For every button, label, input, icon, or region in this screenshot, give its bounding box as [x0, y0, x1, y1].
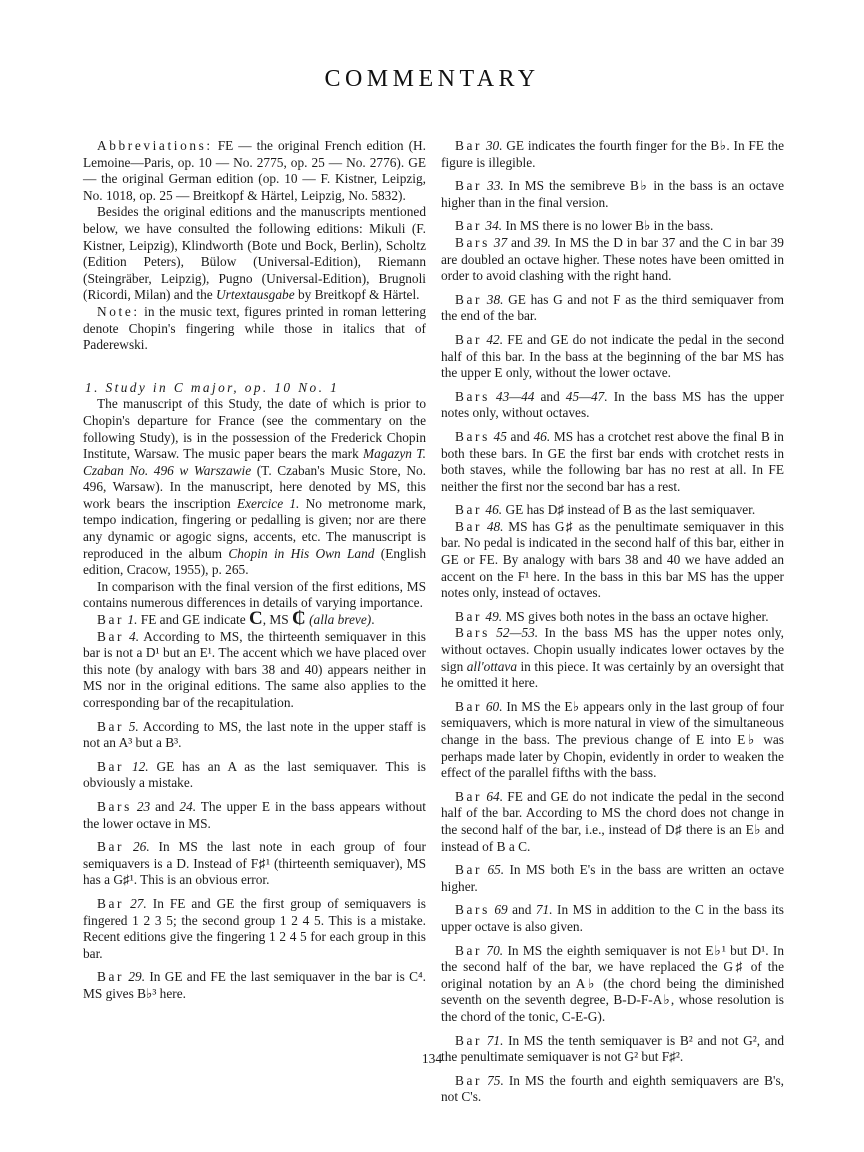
- bar-number: 38.: [487, 292, 504, 307]
- bar-number: 5.: [129, 719, 139, 734]
- ms-italic: Chopin in His Own Land: [228, 546, 374, 561]
- bar-label: Bar: [455, 138, 482, 153]
- abbreviations-paragraph: Abbreviations: FE — the original French …: [83, 138, 426, 204]
- bar-text: and: [507, 235, 534, 250]
- bar-number: 49.: [485, 609, 502, 624]
- bar-30-note: Bar 30. GE indicates the fourth finger f…: [441, 138, 784, 171]
- bar-label: Bar: [97, 839, 124, 854]
- bar-label: Bar: [97, 612, 124, 627]
- bar-number: 23: [137, 799, 150, 814]
- bar-number: 1.: [127, 612, 137, 627]
- bar-number: 27.: [130, 896, 147, 911]
- bar-number: 43—44: [496, 389, 535, 404]
- bar-label: Bar: [455, 699, 482, 714]
- bars-23-24-note: Bars 23 and 24. The upper E in the bass …: [83, 799, 426, 832]
- bar-number: 26.: [133, 839, 150, 854]
- bar-70-note: Bar 70. In MS the eighth semiquaver is n…: [441, 943, 784, 1026]
- bar-number: 34.: [485, 218, 502, 233]
- common-time-symbol: C: [249, 608, 263, 629]
- bar-text: In MS there is no lower B♭ in the bass.: [502, 218, 713, 233]
- right-column: Bar 30. GE indicates the fourth finger f…: [441, 138, 784, 1106]
- bars-52-53-note: Bars 52—53. In the bass MS has the upper…: [441, 625, 784, 691]
- bar-38-note: Bar 38. GE has G and not F as the third …: [441, 292, 784, 325]
- page-number: 134: [0, 1051, 864, 1067]
- bar-text: GE has D♯ instead of B as the last semiq…: [502, 502, 755, 517]
- editions-paragraph: Besides the original editions and the ma…: [83, 204, 426, 304]
- bar-label: Bars: [455, 235, 490, 250]
- page-title: COMMENTARY: [0, 66, 864, 93]
- bar-text: and: [508, 902, 536, 917]
- bar-label: Bar: [455, 292, 482, 307]
- bar-label: Bars: [455, 429, 490, 444]
- bar-number: 52—53.: [496, 625, 538, 640]
- manuscript-paragraph: The manuscript of this Study, the date o…: [83, 396, 426, 579]
- bar-29-note: Bar 29. In GE and FE the last semiquaver…: [83, 969, 426, 1002]
- note-paragraph: Note: in the music text, figures printed…: [83, 304, 426, 354]
- bar-60-note: Bar 60. In MS the E♭ appears only in the…: [441, 699, 784, 782]
- bar-number: 65.: [487, 862, 504, 877]
- bar-label: Bar: [455, 609, 482, 624]
- bar-italic: all'ottava: [467, 659, 517, 674]
- bar-italic: (alla breve): [309, 612, 371, 627]
- bar-label: Bar: [97, 719, 124, 734]
- bar-number: 37: [494, 235, 507, 250]
- bar-number: 24.: [179, 799, 196, 814]
- bar-number: 69: [494, 902, 507, 917]
- bar-number: 30.: [486, 138, 503, 153]
- bar-number: 64.: [486, 789, 503, 804]
- bar-46-note: Bar 46. GE has D♯ instead of B as the la…: [441, 502, 784, 519]
- bar-text: , MS: [263, 612, 292, 627]
- bar-label: Bars: [455, 625, 490, 640]
- bar-label: Bars: [97, 799, 132, 814]
- bar-label: Bars: [455, 902, 490, 917]
- bar-text: FE and GE indicate: [137, 612, 249, 627]
- bar-label: Bar: [455, 218, 482, 233]
- bar-number: 45: [494, 429, 507, 444]
- bar-number: 45—47.: [566, 389, 608, 404]
- note-label: Note:: [97, 304, 140, 319]
- bar-number: 71.: [487, 1033, 504, 1048]
- bar-text: MS gives both notes in the bass an octav…: [502, 609, 768, 624]
- bar-label: Bar: [455, 789, 482, 804]
- cut-time-symbol: ₵: [292, 608, 306, 629]
- bars-69-71-note: Bars 69 and 71. In MS in addition to the…: [441, 902, 784, 935]
- bar-12-note: Bar 12. GE has an A as the last semiquav…: [83, 759, 426, 792]
- bar-number: 39.: [534, 235, 551, 250]
- bar-label: Bar: [455, 178, 482, 193]
- bar-label: Bar: [455, 943, 482, 958]
- bar-34-note: Bar 34. In MS there is no lower B♭ in th…: [441, 218, 784, 235]
- bar-text: and: [150, 799, 179, 814]
- bar-27-note: Bar 27. In FE and GE the first group of …: [83, 896, 426, 962]
- bars-37-39-note: Bars 37 and 39. In MS the D in bar 37 an…: [441, 235, 784, 285]
- abbreviations-label: Abbreviations:: [97, 138, 213, 153]
- bar-label: Bar: [455, 332, 482, 347]
- bar-label: Bar: [455, 862, 482, 877]
- bar-label: Bar: [97, 759, 124, 774]
- bar-text: .: [371, 612, 374, 627]
- bar-text: In the bass MS has the upper notes only,…: [441, 389, 784, 421]
- bar-text: and: [534, 389, 565, 404]
- bar-number: 71.: [536, 902, 553, 917]
- bar-33-note: Bar 33. In MS the semibreve B♭ in the ba…: [441, 178, 784, 211]
- bar-number: 48.: [487, 519, 504, 534]
- bar-label: Bars: [455, 389, 490, 404]
- bar-number: 46.: [533, 429, 550, 444]
- bars-45-46-note: Bars 45 and 46. MS has a crotchet rest a…: [441, 429, 784, 495]
- study-heading: 1. Study in C major, op. 10 No. 1: [83, 380, 426, 397]
- bar-label: Bar: [455, 519, 482, 534]
- bar-number: 70.: [486, 943, 503, 958]
- bar-64-note: Bar 64. FE and GE do not indicate the pe…: [441, 789, 784, 855]
- bar-text: In MS in addition to the C in the bass i…: [441, 902, 784, 934]
- bar-text: and: [507, 429, 534, 444]
- bar-5-note: Bar 5. According to MS, the last note in…: [83, 719, 426, 752]
- bar-number: 46.: [485, 502, 502, 517]
- bar-label: Bar: [455, 1033, 482, 1048]
- bar-label: Bar: [455, 1073, 482, 1088]
- bar-number: 42.: [486, 332, 503, 347]
- bar-65-note: Bar 65. In MS both E's in the bass are w…: [441, 862, 784, 895]
- bar-49-note: Bar 49. MS gives both notes in the bass …: [441, 609, 784, 626]
- bar-number: 33.: [487, 178, 504, 193]
- bars-43-47-note: Bars 43—44 and 45—47. In the bass MS has…: [441, 389, 784, 422]
- bar-number: 29.: [128, 969, 145, 984]
- bar-number: 4.: [129, 629, 139, 644]
- bar-number: 75.: [487, 1073, 504, 1088]
- bar-label: Bar: [97, 969, 124, 984]
- left-column: Abbreviations: FE — the original French …: [83, 138, 426, 1003]
- bar-text: In MS the D in bar 37 and the C in bar 3…: [441, 235, 784, 283]
- editions-italic: Urtextausgabe: [216, 287, 295, 302]
- bar-text: MS has a crotchet rest above the final B…: [441, 429, 784, 494]
- bar-text: The upper E in the bass appears without …: [83, 799, 426, 831]
- bar-label: Bar: [97, 629, 124, 644]
- bar-48-note: Bar 48. MS has G♯ as the penultimate sem…: [441, 519, 784, 602]
- ms-italic: Exercice 1.: [237, 496, 299, 511]
- bar-number: 12.: [132, 759, 149, 774]
- bar-42-note: Bar 42. FE and GE do not indicate the pe…: [441, 332, 784, 382]
- bar-label: Bar: [97, 896, 124, 911]
- bar-4-note: Bar 4. According to MS, the thirteenth s…: [83, 629, 426, 712]
- bar-1-note: Bar 1. FE and GE indicate C, MS ₵ (alla …: [83, 612, 426, 629]
- editions-text-end: by Breitkopf & Härtel.: [295, 287, 420, 302]
- bar-26-note: Bar 26. In MS the last note in each grou…: [83, 839, 426, 889]
- bar-number: 60.: [486, 699, 503, 714]
- bar-label: Bar: [455, 502, 482, 517]
- bar-75-note: Bar 75. In MS the fourth and eighth semi…: [441, 1073, 784, 1106]
